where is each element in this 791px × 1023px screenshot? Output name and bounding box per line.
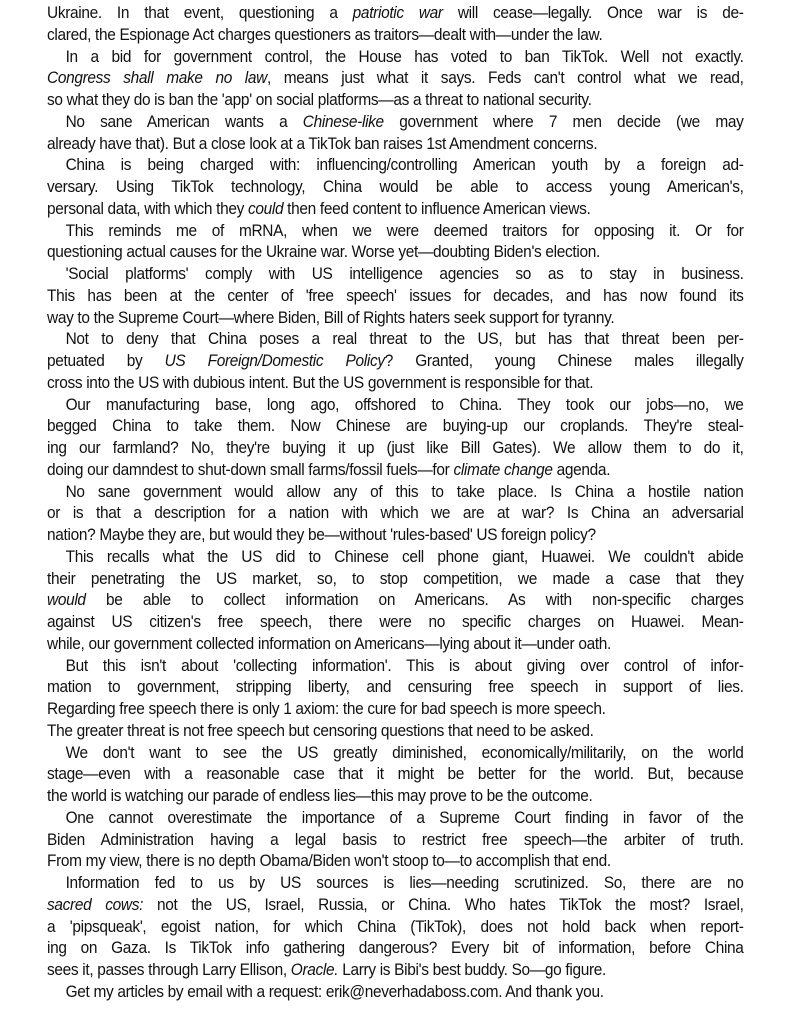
- text-segment: versary. Using TikTok technology, China …: [47, 177, 744, 196]
- text-line: clared, the Espionage Act charges questi…: [47, 24, 744, 46]
- text-segment: their penetrating the US market, so, to …: [47, 569, 744, 588]
- text-line: Biden Administration having a legal basi…: [47, 829, 744, 851]
- text-line: In a bid for government control, the Hou…: [47, 46, 744, 68]
- text-segment: One cannot overestimate the importance o…: [66, 808, 744, 827]
- article-body: Ukraine. In that event, questioning a pa…: [47, 2, 744, 1003]
- text-segment: In a bid for government control, the Hou…: [66, 47, 744, 66]
- text-segment: Larry is Bibi's best buddy. So—go figure…: [338, 960, 606, 979]
- text-line: One cannot overestimate the importance o…: [47, 807, 744, 829]
- text-line: No sane government would allow any of th…: [47, 481, 744, 503]
- text-segment: Information fed to us by US sources is l…: [66, 873, 744, 892]
- text-line: doing our damndest to shut-down small fa…: [47, 459, 744, 481]
- text-line: This has been at the center of 'free spe…: [47, 285, 744, 307]
- text-line: stage—even with a reasonable case that i…: [47, 763, 744, 785]
- text-line: mation to government, stripping liberty,…: [47, 676, 744, 698]
- text-line: The greater threat is not free speech bu…: [47, 720, 744, 742]
- text-segment: China is being charged with: influencing…: [66, 155, 744, 174]
- text-segment: government where 7 men decide (we may: [384, 112, 744, 131]
- text-line: sacred cows: not the US, Israel, Russia,…: [47, 894, 744, 916]
- text-segment: The greater threat is not free speech bu…: [47, 721, 594, 740]
- text-segment: We don't want to see the US greatly dimi…: [66, 743, 744, 762]
- italic-text: could: [248, 199, 283, 218]
- text-line: 'Social platforms' comply with US intell…: [47, 263, 744, 285]
- text-segment: then feed content to influence American …: [283, 199, 590, 218]
- text-segment: 'Social platforms' comply with US intell…: [66, 264, 744, 283]
- text-line: petuated by US Foreign/Domestic Policy? …: [47, 350, 744, 372]
- text-segment: so what they do is ban the 'app' on soci…: [47, 90, 592, 109]
- text-line: versary. Using TikTok technology, China …: [47, 176, 744, 198]
- text-segment: ing our farmland? No, they're buying it …: [47, 438, 744, 457]
- text-segment: nation? Maybe they are, but would they b…: [47, 525, 596, 544]
- text-segment: doing our damndest to shut-down small fa…: [47, 460, 453, 479]
- text-line: begged China to take them. Now Chinese a…: [47, 415, 744, 437]
- text-segment: , means just what it says. Feds can't co…: [267, 68, 744, 87]
- text-segment: No sane government would allow any of th…: [66, 482, 744, 501]
- text-line: China is being charged with: influencing…: [47, 154, 744, 176]
- text-segment: Our manufacturing base, long ago, offsho…: [66, 395, 744, 414]
- text-segment: stage—even with a reasonable case that i…: [47, 764, 744, 783]
- text-line: No sane American wants a Chinese-like go…: [47, 111, 744, 133]
- italic-text: Congress shall make no law: [47, 68, 267, 87]
- text-line: or is that a description for a nation wi…: [47, 502, 744, 524]
- text-line: This recalls what the US did to Chinese …: [47, 546, 744, 568]
- text-line: sees it, passes through Larry Ellison, O…: [47, 959, 744, 981]
- italic-text: US Foreign/Domestic Policy: [165, 351, 385, 370]
- document-page: Ukraine. In that event, questioning a pa…: [0, 0, 791, 1023]
- text-segment: cross into the US with dubious intent. B…: [47, 373, 593, 392]
- text-line: cross into the US with dubious intent. B…: [47, 372, 744, 394]
- text-segment: agenda.: [553, 460, 610, 479]
- text-segment: Not to deny that China poses a real thre…: [66, 329, 744, 348]
- text-segment: This has been at the center of 'free spe…: [47, 286, 744, 305]
- text-line: a 'pipsqueak', egoist nation, for which …: [47, 916, 744, 938]
- text-line: We don't want to see the US greatly dimi…: [47, 742, 744, 764]
- text-line: would be able to collect information on …: [47, 589, 744, 611]
- text-line: This reminds me of mRNA, when we were de…: [47, 220, 744, 242]
- text-line: Congress shall make no law, means just w…: [47, 67, 744, 89]
- text-segment: way to the Supreme Court—where Biden, Bi…: [47, 308, 614, 327]
- text-segment: clared, the Espionage Act charges questi…: [47, 25, 602, 44]
- text-segment: not the US, Israel, Russia, or China. Wh…: [143, 895, 743, 914]
- text-segment: But this isn't about 'collecting informa…: [66, 656, 744, 675]
- text-segment: while, our government collected informat…: [47, 634, 611, 653]
- italic-text: Oracle.: [291, 960, 338, 979]
- text-segment: This reminds me of mRNA, when we were de…: [66, 221, 744, 240]
- text-segment: begged China to take them. Now Chinese a…: [47, 416, 744, 435]
- text-line: Our manufacturing base, long ago, offsho…: [47, 394, 744, 416]
- italic-text: would: [47, 590, 86, 609]
- text-segment: Get my articles by email with a request:…: [66, 982, 604, 1001]
- text-line: against US citizen's free speech, there …: [47, 611, 744, 633]
- text-line: From my view, there is no depth Obama/Bi…: [47, 850, 744, 872]
- text-line: Information fed to us by US sources is l…: [47, 872, 744, 894]
- text-segment: ? Granted, young Chinese males illegally: [385, 351, 744, 370]
- text-line: already have that). But a close look at …: [47, 133, 744, 155]
- text-line: their penetrating the US market, so, to …: [47, 568, 744, 590]
- text-segment: will cease—legally. Once war is de-: [443, 3, 744, 22]
- text-segment: ing on Gaza. Is TikTok info gathering da…: [47, 938, 744, 957]
- italic-text: climate change: [453, 460, 552, 479]
- text-segment: a 'pipsqueak', egoist nation, for which …: [47, 917, 744, 936]
- italic-text: sacred cows:: [47, 895, 143, 914]
- text-segment: petuated by: [47, 351, 165, 370]
- text-segment: be able to collect information on Americ…: [86, 590, 744, 609]
- text-line: questioning actual causes for the Ukrain…: [47, 241, 744, 263]
- text-line: ing our farmland? No, they're buying it …: [47, 437, 744, 459]
- text-segment: Ukraine. In that event, questioning a: [47, 3, 353, 22]
- italic-text: patriotic war: [353, 3, 443, 22]
- text-segment: Regarding free speech there is only 1 ax…: [47, 699, 606, 718]
- text-line: But this isn't about 'collecting informa…: [47, 655, 744, 677]
- text-line: the world is watching our parade of endl…: [47, 785, 744, 807]
- text-line: Ukraine. In that event, questioning a pa…: [47, 2, 744, 24]
- text-segment: mation to government, stripping liberty,…: [47, 677, 744, 696]
- text-segment: personal data, with which they: [47, 199, 248, 218]
- text-segment: This recalls what the US did to Chinese …: [66, 547, 744, 566]
- text-segment: From my view, there is no depth Obama/Bi…: [47, 851, 611, 870]
- text-segment: No sane American wants a: [66, 112, 303, 131]
- text-segment: against US citizen's free speech, there …: [47, 612, 744, 631]
- text-segment: sees it, passes through Larry Ellison,: [47, 960, 291, 979]
- text-segment: Biden Administration having a legal basi…: [47, 830, 744, 849]
- text-line: ing on Gaza. Is TikTok info gathering da…: [47, 937, 744, 959]
- text-line: Regarding free speech there is only 1 ax…: [47, 698, 744, 720]
- text-line: nation? Maybe they are, but would they b…: [47, 524, 744, 546]
- text-segment: questioning actual causes for the Ukrain…: [47, 242, 600, 261]
- text-line: so what they do is ban the 'app' on soci…: [47, 89, 744, 111]
- text-line: Get my articles by email with a request:…: [47, 981, 744, 1003]
- text-segment: already have that). But a close look at …: [47, 134, 597, 153]
- text-line: personal data, with which they could the…: [47, 198, 744, 220]
- text-segment: the world is watching our parade of endl…: [47, 786, 592, 805]
- text-segment: or is that a description for a nation wi…: [47, 503, 744, 522]
- text-line: way to the Supreme Court—where Biden, Bi…: [47, 307, 744, 329]
- text-line: while, our government collected informat…: [47, 633, 744, 655]
- text-line: Not to deny that China poses a real thre…: [47, 328, 744, 350]
- italic-text: Chinese-like: [303, 112, 384, 131]
